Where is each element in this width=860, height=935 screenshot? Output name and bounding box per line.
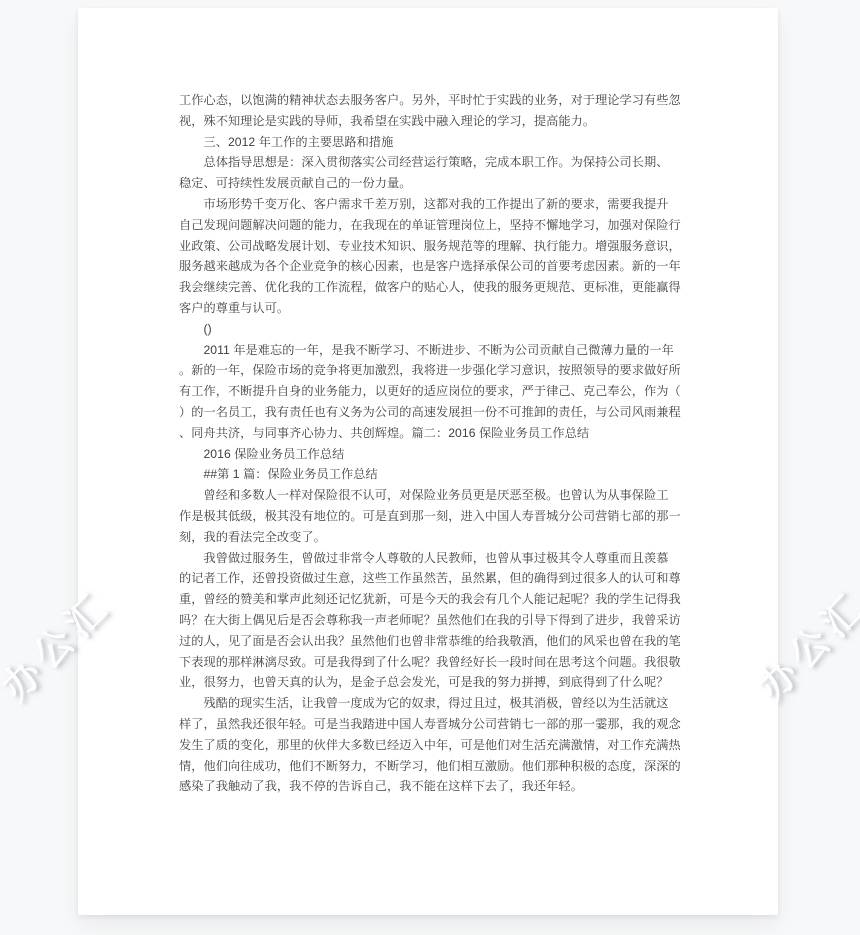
text-line: 曾经和多数人一样对保险很不认可，对保险业务员更是厌恶至极。也曾认为从事保险工 [179,485,691,506]
text-line: 、同舟共济，与同事齐心协力、共创辉煌。篇二：2016 保险业务员工作总结 [179,423,691,444]
text-line: 过的人，见了面是否会认出我？虽然他们也曾非常恭维的给我敬酒，他们的风采也曾在我的… [179,631,691,652]
document-viewer-canvas: 办公汇 办公汇 工作心态，以饱满的精神状态去服务客户。另外，平时忙于实践的业务，… [0,0,860,935]
text-line: 服务越来越成为各个企业竞争的核心因素，也是客户选择承保公司的首要考虑因素。新的一… [179,256,691,277]
text-line: 发生了质的变化，那里的伙伴大多数已经迈入中年，可是他们对生活充满激情，对工作充满… [179,735,691,756]
text-line: 业，很努力，也曾天真的认为，是金子总会发光，可是我的努力拼搏，到底得到了什么呢？ [179,672,691,693]
text-line: 。新的一年，保险市场的竞争将更加激烈，我将进一步强化学习意识，按照领导的要求做好… [179,360,691,381]
text-line: 稳定、可持续性发展贡献自己的一份力量。 [179,173,691,194]
text-line: 的记者工作，还曾投资做过生意，这些工作虽然苦，虽然累，但的确得到过很多人的认可和… [179,568,691,589]
text-line: 业政策、公司战略发展计划、专业技术知识、服务规范等的理解、执行能力。增强服务意识… [179,236,691,257]
text-line: 刻，我的看法完全改变了。 [179,527,691,548]
document-page: 工作心态，以饱满的精神状态去服务客户。另外，平时忙于实践的业务，对于理论学习有些… [78,8,778,915]
text-line: 样了，虽然我还很年轻。可是当我踏进中国人寿晋城分公司营销七一部的那一霎那，我的观… [179,714,691,735]
text-line: 2011 年是难忘的一年，是我不断学习、不断进步、不断为公司贡献自己微薄力量的一… [179,340,691,361]
text-line: 客户的尊重与认可。 [179,298,691,319]
text-line: 作是极其低级，极其没有地位的。可是直到那一刻，进入中国人寿晋城分公司营销七部的那… [179,506,691,527]
text-line: 市场形势千变万化、客户需求千差万别，这都对我的工作提出了新的要求，需要我提升 [179,194,691,215]
text-line: 工作心态，以饱满的精神状态去服务客户。另外，平时忙于实践的业务，对于理论学习有些… [179,90,691,111]
text-line: () [179,319,691,340]
text-line: 有工作，不断提升自身的业务能力，以更好的适应岗位的要求，严于律己、克己奉公，作为… [179,381,691,402]
text-line: 残酷的现实生活，让我曾一度成为它的奴隶，得过且过，极其消极，曾经以为生活就这 [179,693,691,714]
text-line: 下表现的那样淋漓尽致。可是我得到了什么呢？我曾经好长一段时间在思考这个问题。我很… [179,652,691,673]
text-line: 感染了我触动了我，我不停的告诉自己，我不能在这样下去了，我还年轻。 [179,776,691,797]
text-line: 我会继续完善、优化我的工作流程，做客户的贴心人，使我的服务更规范、更标准，更能赢… [179,277,691,298]
text-line: ）的一名员工，我有责任也有义务为公司的高速发展担一份不可推卸的责任，与公司风雨兼… [179,402,691,423]
text-line: 自己发现问题解决问题的能力，在我现在的单证管理岗位上，坚持不懈地学习，加强对保险… [179,215,691,236]
text-line: 三、2012 年工作的主要思路和措施 [179,132,691,153]
text-line: 重，曾经的赞美和掌声此刻还记忆犹新，可是今天的我会有几个人能记起呢？我的学生记得… [179,589,691,610]
text-line: 总体指导思想是：深入贯彻落实公司经营运行策略，完成本职工作。为保持公司长期、 [179,152,691,173]
text-line: 2016 保险业务员工作总结 [179,444,691,465]
document-body: 工作心态，以饱满的精神状态去服务客户。另外，平时忙于实践的业务，对于理论学习有些… [179,90,691,797]
text-line: ##第 1 篇：保险业务员工作总结 [179,464,691,485]
text-line: 视，殊不知理论是实践的导师，我希望在实践中融入理论的学习，提高能力。 [179,111,691,132]
text-line: 吗？在大街上偶见后是否会尊称我一声老师呢？虽然他们在我的引导下得到了进步，我曾采… [179,610,691,631]
text-line: 我曾做过服务生，曾做过非常令人尊敬的人民教师，也曾从事过极其令人尊重而且羡慕 [179,548,691,569]
text-line: 情，他们向往成功，他们不断努力，不断学习，他们相互激励。他们那种积极的态度，深深… [179,756,691,777]
